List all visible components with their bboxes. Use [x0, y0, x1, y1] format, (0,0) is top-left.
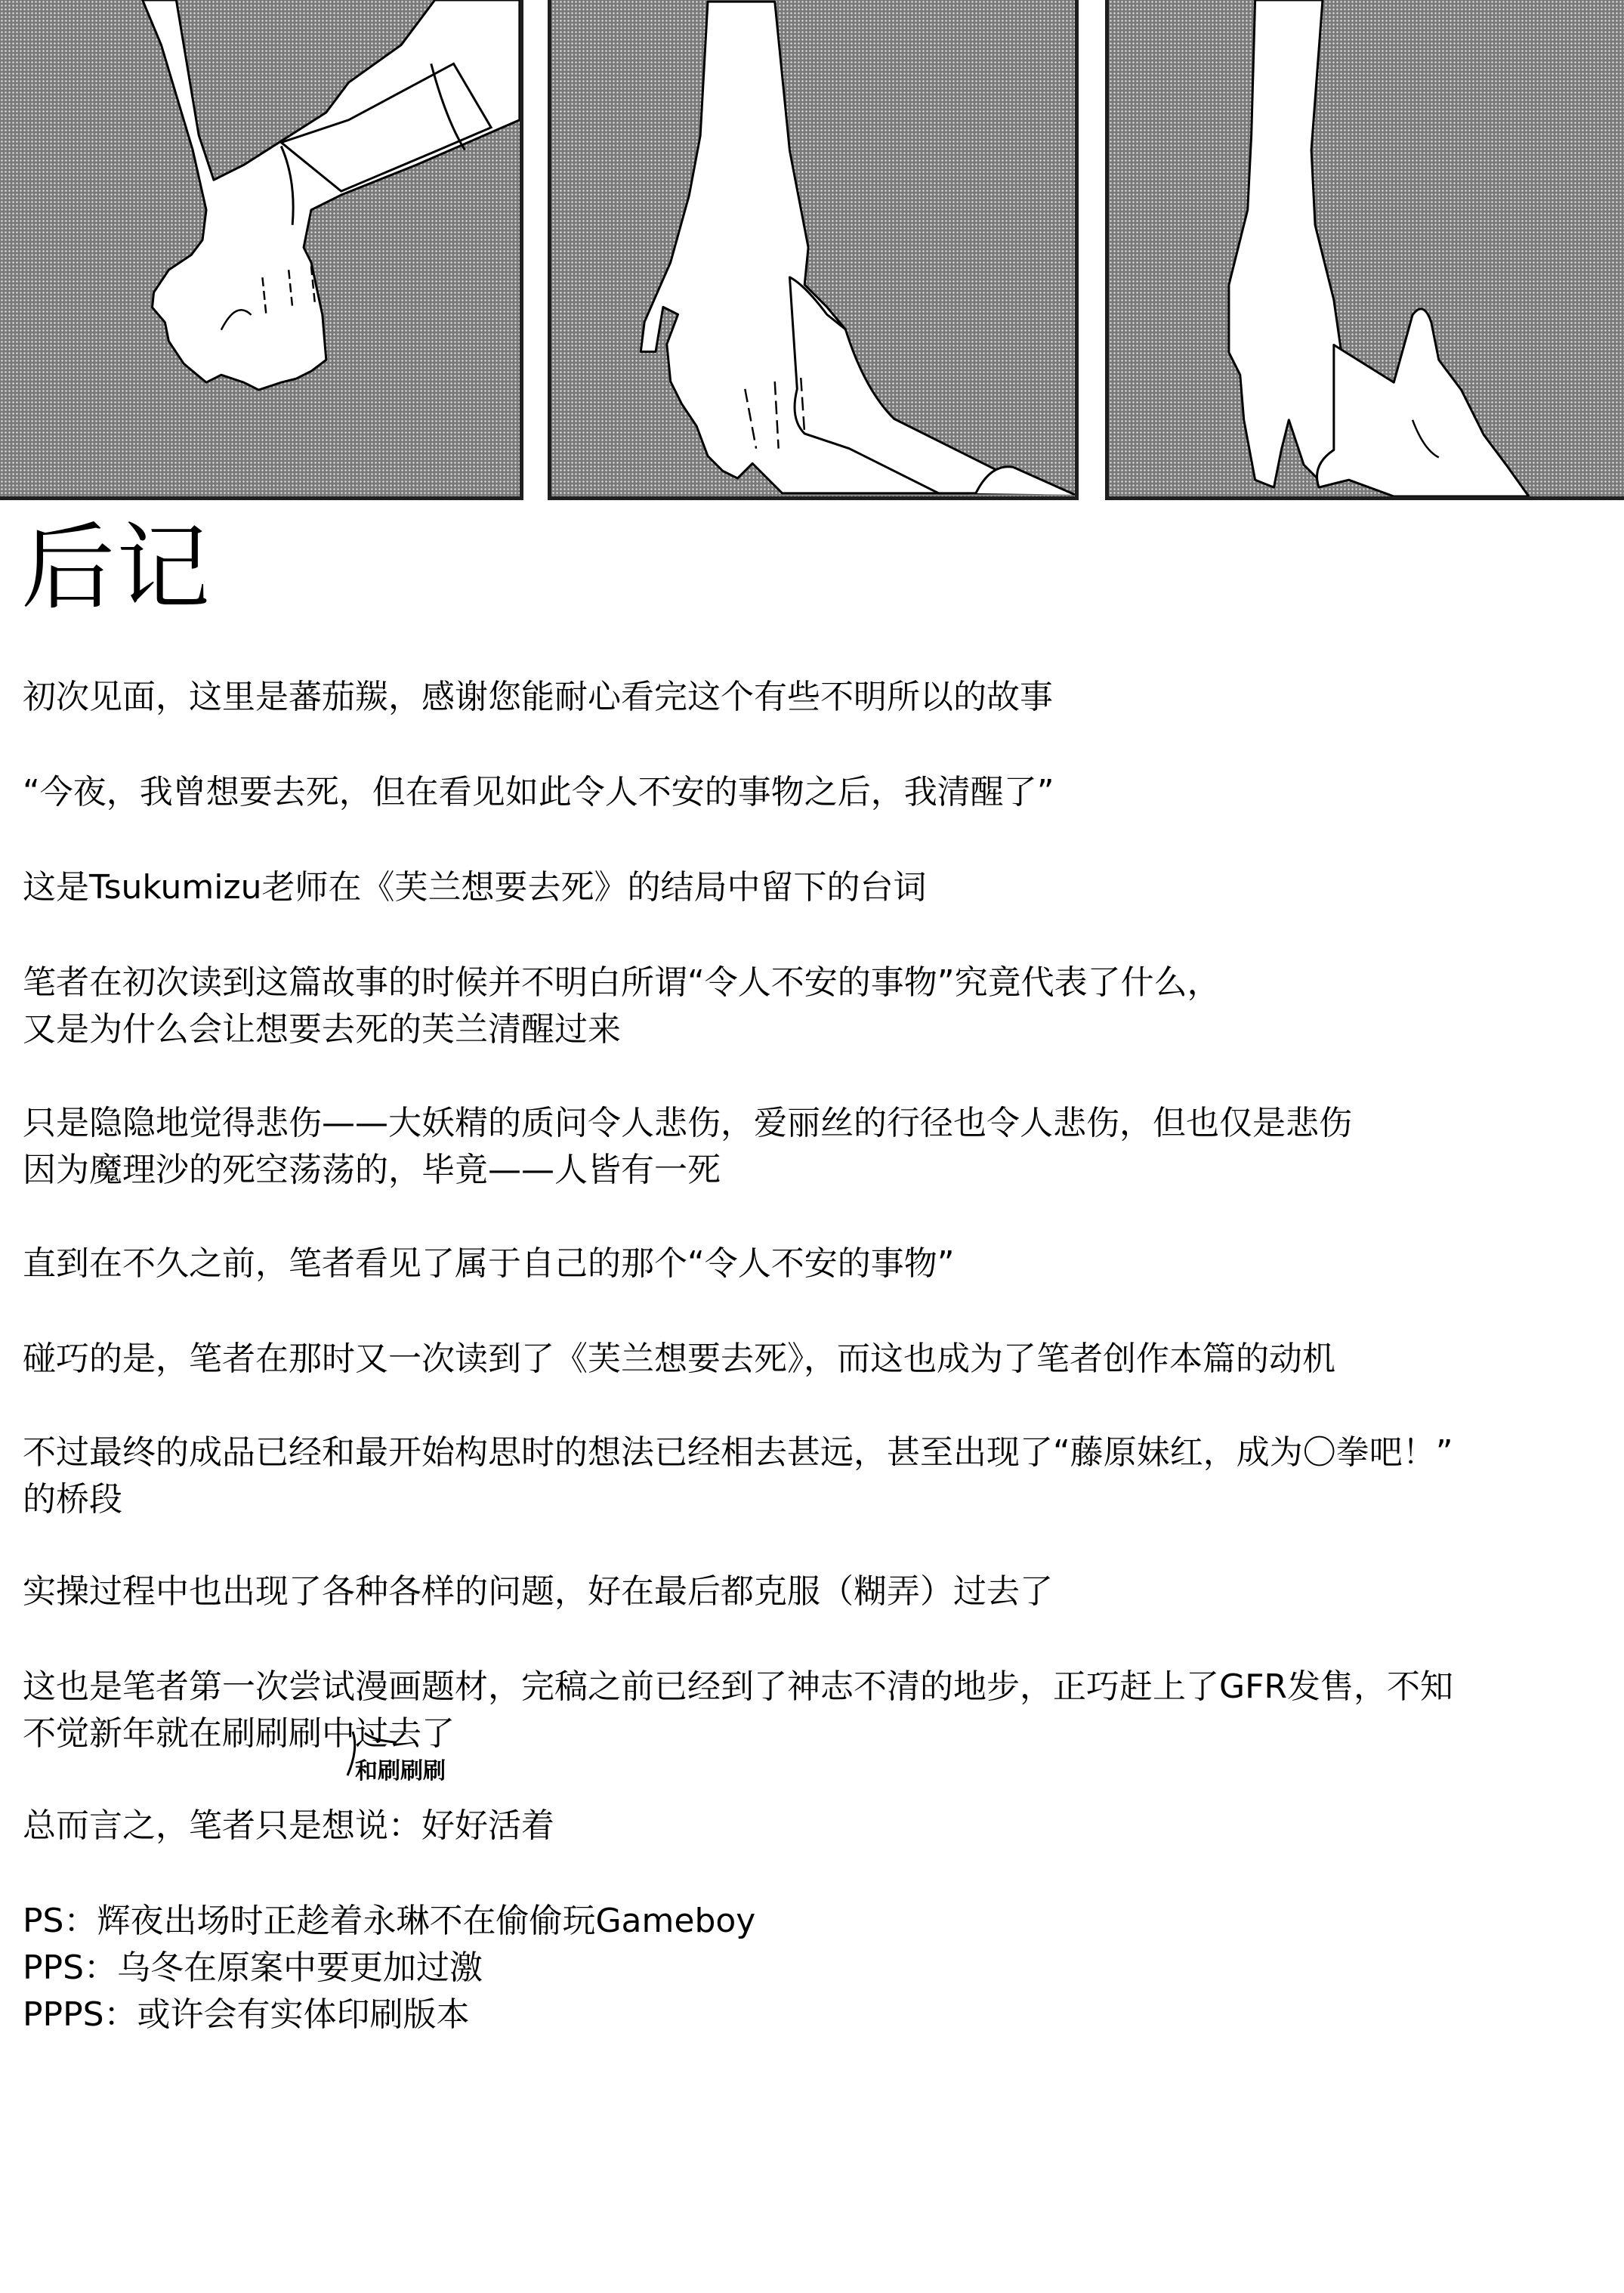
postscript-pps: PPS：乌冬在原案中要更加过激: [23, 1945, 483, 1992]
postscript-ppps: PPPS：或许会有实体印刷版本: [23, 1992, 470, 2038]
paragraph-first-reading: 笔者在初次读到这篇故事的时候并不明白所谓“令人不安的事物”究竟代表了什么， 又是…: [23, 960, 1221, 1053]
resting-hands-illustration: [1109, 0, 1624, 496]
comic-panel-reaching-hand: [548, 0, 1079, 500]
paragraph-greeting: 初次见面，这里是蕃茄羰，感谢您能耐心看完这个有些不明所以的故事: [23, 674, 1053, 721]
paragraph-sadness: 只是隐隐地觉得悲伤——大妖精的质问令人悲伤，爱丽丝的行径也令人悲伤，但也仅是悲伤…: [23, 1100, 1352, 1194]
paragraph-quote-source: 这是Tsukumizu老师在《芙兰想要去死》的结局中留下的台词: [23, 864, 926, 911]
clasped-hands-illustration: [0, 0, 520, 496]
paragraph-conclusion: 总而言之，笔者只是想说：好好活着: [23, 1803, 554, 1850]
paragraph-motivation: 碰巧的是，笔者在那时又一次读到了《芙兰想要去死》，而这也成为了笔者创作本篇的动机: [23, 1336, 1335, 1383]
paragraph-unsettling-thing: 直到在不久之前，笔者看见了属于自己的那个“令人不安的事物”: [23, 1241, 955, 1287]
paragraph-final-product: 不过最终的成品已经和最开始构思时的想法已经相去甚远，甚至出现了“藤原妹红，成为〇…: [23, 1429, 1453, 1523]
postscript-ps: PS：辉夜出场时正趁着永琳不在偷偷玩Gameboy: [23, 1898, 755, 1945]
reaching-hand-illustration: [551, 0, 1075, 496]
comic-panel-resting-hands: [1105, 0, 1624, 500]
annotation-note: 和刷刷刷: [355, 1760, 446, 1783]
afterword-title: 后记: [21, 521, 211, 615]
paragraph-difficulties: 实操过程中也出现了各种各样的问题，好在最后都克服（糊弄）过去了: [23, 1568, 1053, 1615]
paragraph-first-manga: 这也是笔者第一次尝试漫画题材，完稿之前已经到了神志不清的地步，正巧赶上了GFR发…: [23, 1664, 1453, 1757]
paragraph-quote: “今夜，我曾想要去死，但在看见如此令人不安的事物之后，我清醒了”: [23, 769, 1054, 816]
comic-panel-clasped-hands: [0, 0, 523, 500]
